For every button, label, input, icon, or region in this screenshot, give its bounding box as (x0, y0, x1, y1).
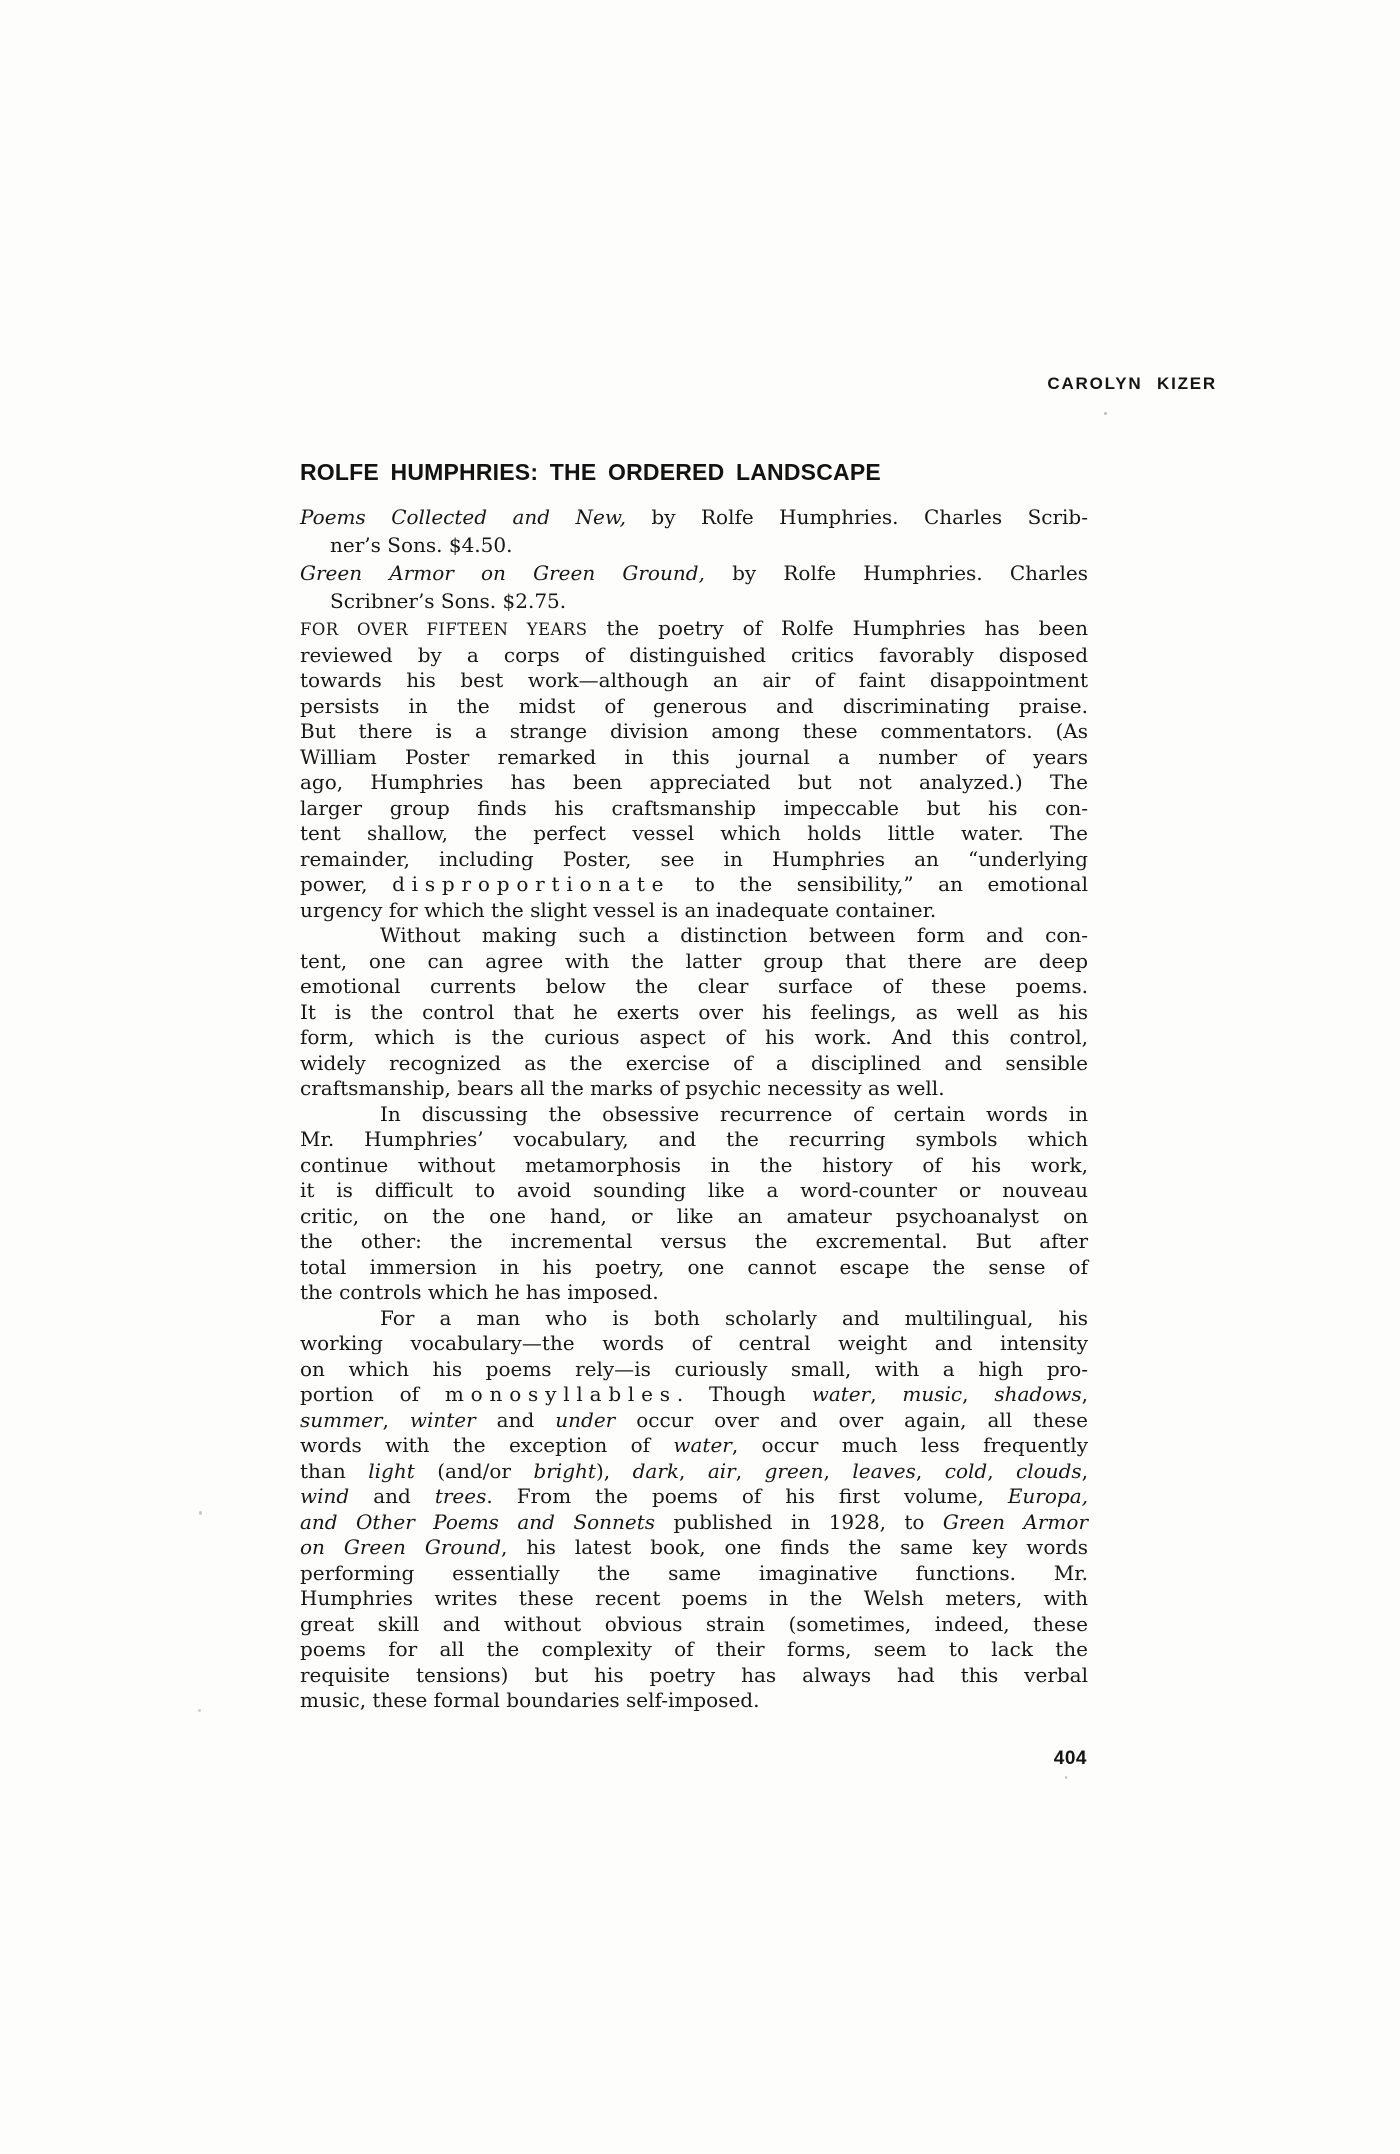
body-paragraph: Without making such a distinction betwee… (300, 923, 1088, 1102)
text-line: performing essentially the same imaginat… (300, 1561, 1088, 1587)
scan-speck (198, 1709, 201, 1712)
text-line: than light (and/or bright), dark, air, g… (300, 1459, 1088, 1485)
text-line: continue without metamorphosis in the hi… (300, 1153, 1088, 1179)
text-line: In discussing the obsessive recurrence o… (300, 1102, 1088, 1128)
review-body-text: FOR OVER FIFTEEN YEARS the poetry of Rol… (300, 616, 1088, 1714)
text-line: on which his poems rely—is curiously sma… (300, 1357, 1088, 1383)
text-run: FOR OVER FIFTEEN YEARS (300, 620, 587, 639)
text-line: great skill and without obvious strain (… (300, 1612, 1088, 1638)
text-line: emotional currents below the clear surfa… (300, 974, 1088, 1000)
text-line: It is the control that he exerts over hi… (300, 1000, 1088, 1026)
text-run: Poems Collected and New, (300, 505, 626, 529)
text-line: on Green Ground, his latest book, one fi… (300, 1535, 1088, 1561)
text-line: Mr. Humphries’ vocabulary, and the recur… (300, 1127, 1088, 1153)
text-line: FOR OVER FIFTEEN YEARS the poetry of Rol… (300, 616, 1088, 643)
text-line: For a man who is both scholarly and mult… (300, 1306, 1088, 1332)
text-line: Green Armor on Green Ground, by Rolfe Hu… (300, 559, 1088, 587)
text-line: form, which is the curious aspect of his… (300, 1025, 1088, 1051)
text-run: dark (633, 1459, 679, 1483)
text-line: wind and trees. From the poems of his fi… (300, 1484, 1088, 1510)
body-paragraph: For a man who is both scholarly and mult… (300, 1306, 1088, 1714)
text-line: William Poster remarked in this journal … (300, 745, 1088, 771)
text-line: words with the exception of water, occur… (300, 1433, 1088, 1459)
text-line: Humphries writes these recent poems in t… (300, 1586, 1088, 1612)
text-line: requisite tensions) but his poetry has a… (300, 1663, 1088, 1689)
text-run: disproportionate (392, 872, 670, 896)
text-line: widely recognized as the exercise of a d… (300, 1051, 1088, 1077)
text-run: and Other Poems and Sonnets (300, 1510, 655, 1534)
text-line: tent, one can agree with the latter grou… (300, 949, 1088, 975)
text-line: Without making such a distinction betwee… (300, 923, 1088, 949)
text-line: ago, Humphries has been appreciated but … (300, 770, 1088, 796)
text-line: urgency for which the slight vessel is a… (300, 898, 1088, 924)
text-run: wind (300, 1484, 349, 1508)
text-line: ner’s Sons. $4.50. (300, 531, 1088, 559)
scanned-journal-page: CAROLYN KIZER ROLFE HUMPHRIES: THE ORDER… (0, 0, 1400, 2154)
text-run: water (673, 1433, 731, 1457)
text-run: under (555, 1408, 615, 1432)
text-run: water (812, 1382, 870, 1406)
text-line: towards his best work—although an air of… (300, 668, 1088, 694)
text-run: light (368, 1459, 415, 1483)
text-line: it is difficult to avoid sounding like a… (300, 1178, 1088, 1204)
text-line: power, disproportionate to the sensibili… (300, 872, 1088, 898)
article-title: ROLFE HUMPHRIES: THE ORDERED LANDSCAPE (300, 459, 1088, 486)
text-run: summer (300, 1408, 382, 1432)
text-run: clouds (1016, 1459, 1082, 1483)
text-run: leaves (852, 1459, 916, 1483)
text-run: cold (945, 1459, 987, 1483)
text-run: music (902, 1382, 962, 1406)
text-line: Poems Collected and New, by Rolfe Humphr… (300, 503, 1088, 531)
body-paragraph: FOR OVER FIFTEEN YEARS the poetry of Rol… (300, 616, 1088, 923)
text-line: portion of monosyllables. Though water, … (300, 1382, 1088, 1408)
text-line: larger group finds his craftsmanship imp… (300, 796, 1088, 822)
running-header-author: CAROLYN KIZER (1047, 374, 1217, 394)
text-line: and Other Poems and Sonnets published in… (300, 1510, 1088, 1536)
bibliography-entry: Green Armor on Green Ground, by Rolfe Hu… (300, 559, 1088, 615)
text-line: Scribner’s Sons. $2.75. (300, 587, 1088, 615)
bibliography-entry: Poems Collected and New, by Rolfe Humphr… (300, 503, 1088, 559)
text-run: air (708, 1459, 736, 1483)
text-run: on Green Ground (300, 1535, 501, 1559)
text-run: trees (435, 1484, 487, 1508)
text-run: shadows (994, 1382, 1081, 1406)
text-line: the controls which he has imposed. (300, 1280, 1088, 1306)
bibliography-block: Poems Collected and New, by Rolfe Humphr… (300, 503, 1088, 615)
body-paragraph: In discussing the obsessive recurrence o… (300, 1102, 1088, 1306)
text-line: total immersion in his poetry, one canno… (300, 1255, 1088, 1281)
text-run: Green Armor (943, 1510, 1088, 1534)
scan-speck (1065, 1776, 1067, 1779)
text-run: Europa, (1008, 1484, 1088, 1508)
text-line: working vocabulary—the words of central … (300, 1331, 1088, 1357)
text-run: bright (533, 1459, 595, 1483)
text-line: craftsmanship, bears all the marks of ps… (300, 1076, 1088, 1102)
text-line: tent shallow, the perfect vessel which h… (300, 821, 1088, 847)
text-line: the other: the incremental versus the ex… (300, 1229, 1088, 1255)
page-number: 404 (1054, 1748, 1087, 1770)
text-line: poems for all the complexity of their fo… (300, 1637, 1088, 1663)
text-run: green (765, 1459, 824, 1483)
text-line: But there is a strange division among th… (300, 719, 1088, 745)
text-run: monosyllables (445, 1382, 677, 1406)
scan-speck (1104, 412, 1107, 415)
text-line: reviewed by a corps of distinguished cri… (300, 643, 1088, 669)
text-run: winter (410, 1408, 476, 1432)
scan-speck (199, 1511, 202, 1515)
text-run: Green Armor on Green Ground, (300, 561, 705, 585)
text-line: persists in the midst of generous and di… (300, 694, 1088, 720)
text-line: critic, on the one hand, or like an amat… (300, 1204, 1088, 1230)
text-line: music, these formal boundaries self-impo… (300, 1688, 1088, 1714)
text-line: remainder, including Poster, see in Hump… (300, 847, 1088, 873)
text-line: summer, winter and under occur over and … (300, 1408, 1088, 1434)
